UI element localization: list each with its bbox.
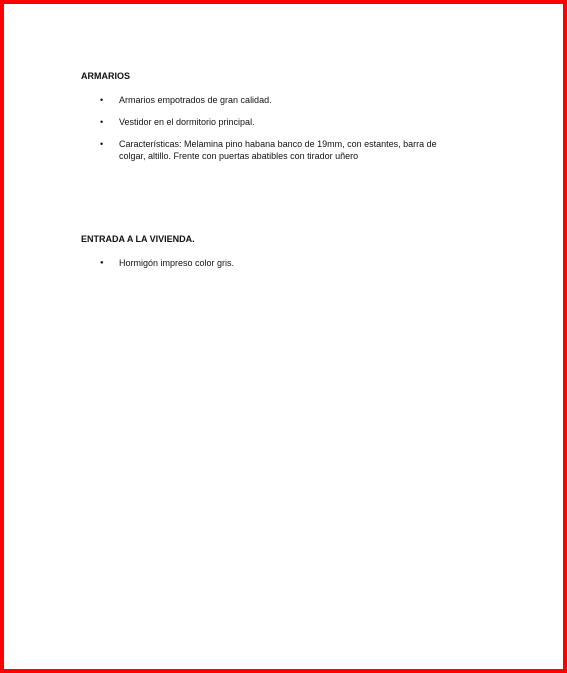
section-title: ARMARIOS xyxy=(81,70,523,82)
section-armarios: ARMARIOS • Armarios empotrados de gran c… xyxy=(81,70,523,172)
bullet-icon: • xyxy=(100,94,103,106)
section-title: ENTRADA A LA VIVIENDA. xyxy=(81,233,523,245)
list-item: • Vestidor en el dormitorio principal. xyxy=(81,116,523,128)
bullet-icon: ● xyxy=(100,257,104,269)
list-item-text: Vestidor en el dormitorio principal. xyxy=(119,117,255,127)
list-item-text: Armarios empotrados de gran calidad. xyxy=(119,95,272,105)
list-item: • Armarios empotrados de gran calidad. xyxy=(81,94,523,106)
bullet-icon: • xyxy=(100,138,103,150)
list-item-text: Características: Melamina pino habana ba… xyxy=(119,139,437,161)
section-entrada: ENTRADA A LA VIVIENDA. ● Hormigón impres… xyxy=(81,233,523,269)
bullet-icon: • xyxy=(100,116,103,128)
bullet-list: • Armarios empotrados de gran calidad. •… xyxy=(81,94,523,162)
bullet-list: ● Hormigón impreso color gris. xyxy=(81,257,523,269)
document-page: ARMARIOS • Armarios empotrados de gran c… xyxy=(0,0,567,673)
list-item-text: Hormigón impreso color gris. xyxy=(119,258,234,268)
list-item: • Características: Melamina pino habana … xyxy=(81,138,459,162)
list-item: ● Hormigón impreso color gris. xyxy=(81,257,523,269)
